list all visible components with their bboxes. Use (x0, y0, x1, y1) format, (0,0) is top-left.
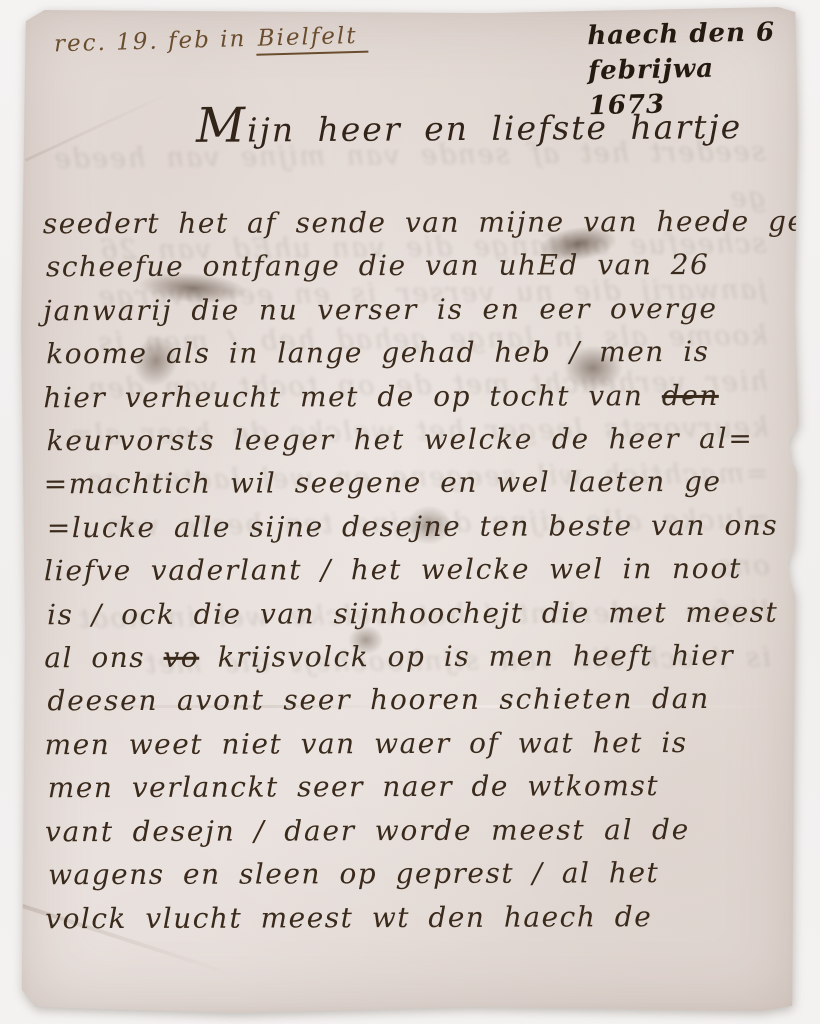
letter-body-line: wagens en sleen op geprest / al het (45, 851, 781, 897)
salutation: Mijn heer en liefste hartje (196, 95, 743, 154)
letter-body-line: deesen avont seer hooren schieten dan (44, 677, 780, 723)
letter-body-line: is / ock die van sijnhoochejt die met me… (44, 590, 780, 636)
letter-body-line: volck vlucht meest wt den haech de (45, 894, 781, 940)
letter-paper-wrap: seedert het af sende van mijne van heede… (18, 5, 800, 1015)
archival-note-place: Bielfelt (255, 23, 368, 56)
archival-note: rec. 19. feb in Bielfelt (54, 23, 368, 58)
paper-crease (25, 91, 171, 161)
letter-body-line: al ons vo krijsvolck op is men heeft hie… (44, 634, 780, 680)
letter-body-line: janwarij die nu verser is en eer overge (43, 287, 779, 333)
dateline-place-day: haech den 6 (587, 15, 800, 54)
letter-body-line: men verlanckt seer naer de wtkomst (45, 764, 781, 810)
letter-body-line: vant desejn / daer worde meest al de (45, 807, 781, 853)
letter-body-line: keurvorsts leeger het welcke de heer al= (43, 417, 779, 463)
letter-body-line: koome als in lange gehad heb / men is (43, 330, 779, 376)
letter-body: seedert het af sende van mijne van heede… (43, 200, 782, 940)
letter-body-line: liefve vaderlant / het welcke wel in noo… (44, 547, 780, 593)
letter-body-line: hier verheucht met de op tocht van den (43, 373, 779, 419)
letter-body-line: seedert het af sende van mijne van heede… (43, 200, 779, 246)
archival-note-text: rec. 19. feb in (54, 26, 256, 58)
photo-background: seedert het af sende van mijne van heede… (0, 0, 820, 1024)
letter-body-line: =machtich wil seegene en wel laeten ge (44, 460, 780, 506)
letter-body-line: men weet niet van waer of wat het is (45, 721, 781, 767)
letter-body-line: =lucke alle sijne desejne ten beste van … (44, 504, 780, 550)
letter-paper: seedert het af sende van mijne van heede… (18, 5, 800, 1015)
letter-body-line: scheefue ontfange die van uhEd van 26 (43, 243, 779, 289)
